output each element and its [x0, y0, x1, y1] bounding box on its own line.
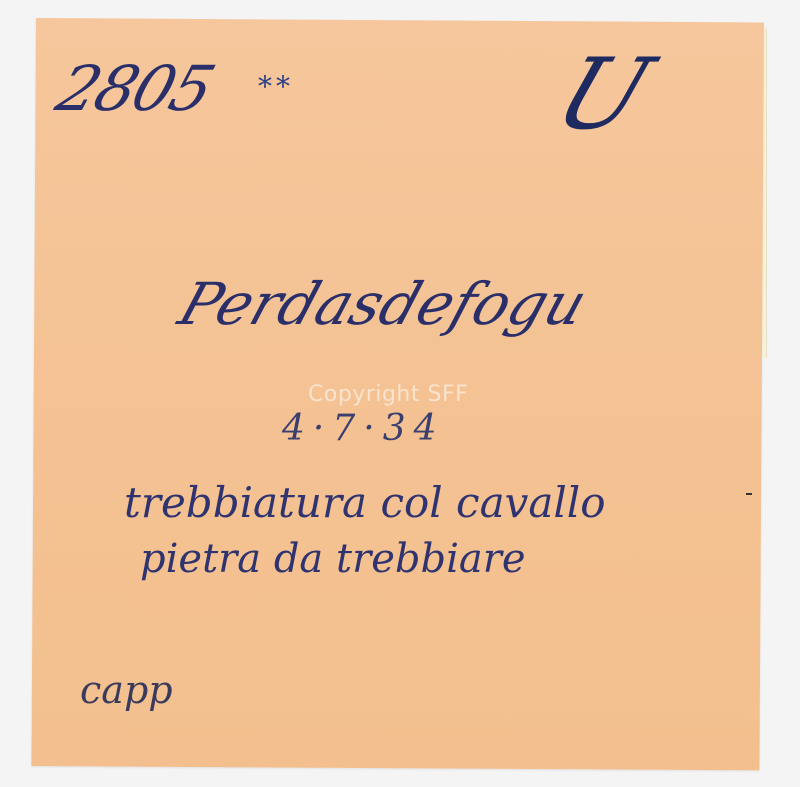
catalog-number: 2805 [48, 52, 222, 125]
star-marks: ** [258, 70, 294, 103]
date: 4·7·34 [282, 408, 445, 449]
initials: capp [80, 668, 173, 712]
ink-mark [746, 493, 752, 495]
description-line-2: pietra da trebbiare [140, 536, 526, 582]
place-name: Perdasdefogu [171, 270, 595, 338]
description-line-1: trebbiatura col cavallo [124, 478, 606, 527]
copyright-watermark: Copyright SFF [308, 382, 468, 407]
